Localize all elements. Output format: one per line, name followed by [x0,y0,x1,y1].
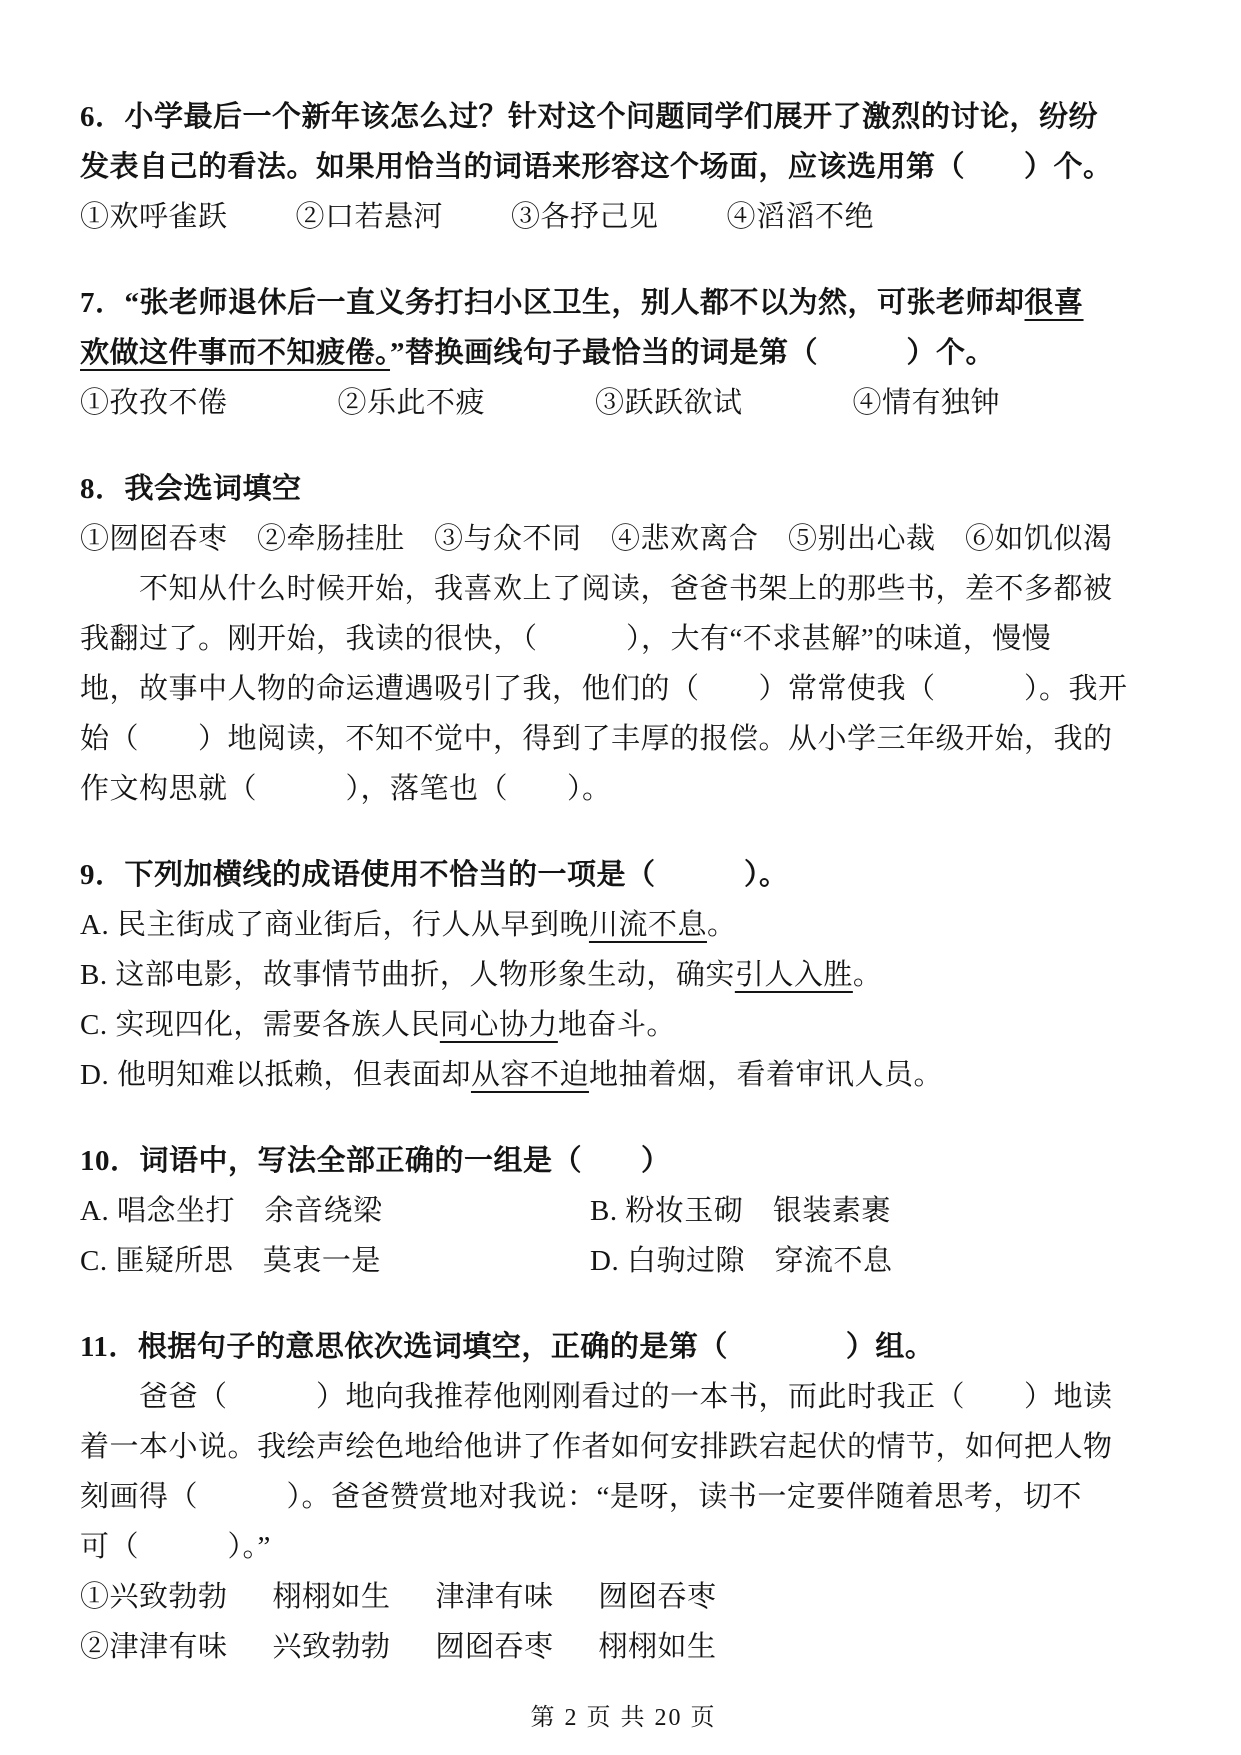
question-11-paragraph-line-2: 着一本小说。我绘声绘色地给他讲了作者如何安排跌宕起伏的情节，如何把人物 [80,1422,1167,1472]
page-number: 第 2 页 共 20 页 [80,1698,1167,1738]
question-7-stem-line-2: 欢做这件事而不知疲倦。”替换画线句子最恰当的词是第（ ）个。 [80,328,1167,378]
exam-page: 6．小学最后一个新年该怎么过？针对这个问题同学们展开了激烈的讨论，纷纷 发表自己… [0,0,1241,1755]
question-7: 7．“张老师退休后一直义务打扫小区卫生，别人都不以为然，可张老师却很喜 欢做这件… [80,278,1167,428]
underlined-text: 很喜 [1025,287,1084,319]
option-item: ②口若悬河 [296,192,444,242]
text-segment: A. 民主街成了商业街后，行人从早到晚 [80,909,589,941]
question-9: 9．下列加横线的成语使用不恰当的一项是（ ）。 A. 民主街成了商业街后，行人从… [80,850,1167,1100]
question-11-options-row-1: ①兴致勃勃栩栩如生津津有味囫囵吞枣 [80,1572,1167,1622]
question-8-paragraph-line-5: 作文构思就（ ），落笔也（ ）。 [80,764,1167,814]
text-segment: 。 [853,959,883,991]
option-item: 兴致勃勃 [273,1622,391,1672]
question-8-word-bank: ①囫囵吞枣 ②牵肠挂肚 ③与众不同 ④悲欢离合 ⑤别出心裁 ⑥如饥似渴 [80,514,1167,564]
question-9-option-a: A. 民主街成了商业街后，行人从早到晚川流不息。 [80,900,1167,950]
question-7-stem-line-1: 7．“张老师退休后一直义务打扫小区卫生，别人都不以为然，可张老师却很喜 [80,278,1167,328]
option-item: ④情有独钟 [853,378,1001,428]
option-item: 囫囵吞枣 [599,1572,717,1622]
option-item: 栩栩如生 [273,1572,391,1622]
text-segment: 7．“张老师退休后一直义务打扫小区卫生，别人都不以为然，可张老师却 [80,287,1025,319]
option-item: ②津津有味 [80,1622,228,1672]
question-10-options-row-1: A. 唱念坐打 余音绕梁 B. 粉妆玉砌 银装素裹 [80,1186,1167,1236]
question-10-option-a: A. 唱念坐打 余音绕梁 [80,1186,590,1236]
text-segment: 发表自己的看法。如果用恰当的词语来形容这个场面，应该选用第（ ）个。 [80,151,1113,183]
question-6-stem-line-2: 发表自己的看法。如果用恰当的词语来形容这个场面，应该选用第（ ）个。 [80,142,1167,192]
question-11-paragraph-line-3: 刻画得（ ）。爸爸赞赏地对我说：“是呀，读书一定要伴随着思考，切不 [80,1472,1167,1522]
question-7-options-row: ①孜孜不倦②乐此不疲③跃跃欲试④情有独钟 [80,378,1167,428]
question-11-paragraph-line-1: 爸爸（ ）地向我推荐他刚刚看过的一本书，而此时我正（ ）地读 [80,1372,1167,1422]
question-10-option-c: C. 匪疑所思 莫衷一是 [80,1236,590,1286]
question-6-stem-line-1: 6．小学最后一个新年该怎么过？针对这个问题同学们展开了激烈的讨论，纷纷 [80,92,1167,142]
question-8-paragraph-line-3: 地，故事中人物的命运遭遇吸引了我，他们的（ ）常常使我（ ）。我开 [80,664,1167,714]
question-8-title: 8．我会选词填空 [80,464,1167,514]
underlined-text: 从容不迫 [471,1059,589,1091]
question-10-option-d: D. 白驹过隙 穿流不息 [590,1236,892,1286]
question-8-paragraph-line-4: 始（ ）地阅读，不知不觉中，得到了丰厚的报偿。从小学三年级开始，我的 [80,714,1167,764]
text-segment: D. 他明知难以抵赖，但表面却 [80,1059,471,1091]
underlined-text: 川流不息 [589,909,707,941]
underlined-text: 欢做这件事而不知疲倦。 [80,337,390,369]
text-segment: 6．小学最后一个新年该怎么过？针对这个问题同学们展开了激烈的讨论，纷纷 [80,101,1098,133]
question-11: 11．根据句子的意思依次选词填空，正确的是第（ ）组。 爸爸（ ）地向我推荐他刚… [80,1322,1167,1672]
text-segment: 地抽着烟，看着审讯人员。 [589,1059,943,1091]
option-item: ①兴致勃勃 [80,1572,228,1622]
question-8: 8．我会选词填空 ①囫囵吞枣 ②牵肠挂肚 ③与众不同 ④悲欢离合 ⑤别出心裁 ⑥… [80,464,1167,814]
option-item: ③各抒己见 [511,192,659,242]
question-6-options-row: ①欢呼雀跃②口若悬河③各抒己见④滔滔不绝 [80,192,1167,242]
option-item: ②乐此不疲 [338,378,486,428]
text-segment: ”替换画线句子最恰当的词是第（ ）个。 [390,337,995,369]
option-item: ③跃跃欲试 [595,378,743,428]
question-11-paragraph-line-4: 可（ ）。” [80,1522,1167,1572]
question-11-title: 11．根据句子的意思依次选词填空，正确的是第（ ）组。 [80,1322,1167,1372]
question-9-option-d: D. 他明知难以抵赖，但表面却从容不迫地抽着烟，看着审讯人员。 [80,1050,1167,1100]
text-segment: 地奋斗。 [558,1009,676,1041]
question-8-paragraph-line-1: 不知从什么时候开始，我喜欢上了阅读，爸爸书架上的那些书，差不多都被 [80,564,1167,614]
option-item: ④滔滔不绝 [727,192,875,242]
question-11-options-row-2: ②津津有味兴致勃勃囫囵吞枣栩栩如生 [80,1622,1167,1672]
question-8-paragraph-line-2: 我翻过了。刚开始，我读的很快，（ ），大有“不求甚解”的味道，慢慢 [80,614,1167,664]
underlined-text: 同心协力 [440,1009,558,1041]
text-segment: C. 实现四化，需要各族人民 [80,1009,440,1041]
question-10-options-row-2: C. 匪疑所思 莫衷一是 D. 白驹过隙 穿流不息 [80,1236,1167,1286]
question-9-option-b: B. 这部电影，故事情节曲折，人物形象生动，确实引人入胜。 [80,950,1167,1000]
option-item: 囫囵吞枣 [436,1622,554,1672]
option-item: 津津有味 [436,1572,554,1622]
question-10: 10．词语中，写法全部正确的一组是（ ） A. 唱念坐打 余音绕梁 B. 粉妆玉… [80,1136,1167,1286]
question-6: 6．小学最后一个新年该怎么过？针对这个问题同学们展开了激烈的讨论，纷纷 发表自己… [80,92,1167,242]
text-segment: B. 这部电影，故事情节曲折，人物形象生动，确实 [80,959,735,991]
question-9-option-c: C. 实现四化，需要各族人民同心协力地奋斗。 [80,1000,1167,1050]
option-item: 栩栩如生 [599,1622,717,1672]
option-item: ①欢呼雀跃 [80,192,228,242]
text-segment: 。 [707,909,737,941]
question-10-option-b: B. 粉妆玉砌 银装素裹 [590,1186,891,1236]
option-item: ①孜孜不倦 [80,378,228,428]
question-10-title: 10．词语中，写法全部正确的一组是（ ） [80,1136,1167,1186]
underlined-text: 引人入胜 [735,959,853,991]
question-9-title: 9．下列加横线的成语使用不恰当的一项是（ ）。 [80,850,1167,900]
